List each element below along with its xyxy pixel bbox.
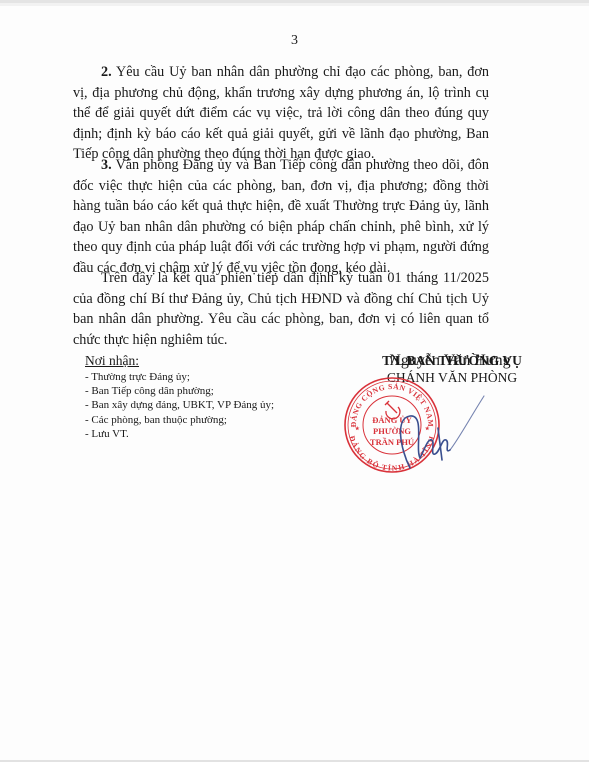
paragraph-conclusion: Trên đây là kết quả phiên tiếp dân định … <box>73 268 489 350</box>
recipients-heading: Nơi nhận: <box>85 352 345 369</box>
paragraph-text: Văn phòng Đảng ủy và Ban Tiếp công dân p… <box>73 157 489 276</box>
page-number: 3 <box>0 33 589 49</box>
paragraph-number: 2. <box>101 64 112 80</box>
recipient-item: - Lưu VT. <box>85 427 345 441</box>
paragraph-item-3: 3. Văn phòng Đảng ủy và Ban Tiếp công dâ… <box>73 155 489 279</box>
handwritten-signature-icon <box>380 388 490 478</box>
paragraph-text: Trên đây là kết quả phiên tiếp dân định … <box>73 270 489 348</box>
paragraph-text: Yêu cầu Uỷ ban nhân dân phường chỉ đạo c… <box>73 64 489 162</box>
recipient-item: - Thường trực Đảng ủy; <box>85 370 345 384</box>
svg-text:★: ★ <box>355 426 360 432</box>
paragraph-number: 3. <box>101 157 112 173</box>
top-edge-shade <box>0 3 589 6</box>
signer-name: Nguyễn Văn Hưng <box>360 352 540 370</box>
paragraph-item-2: 2. Yêu cầu Uỷ ban nhân dân phường chỉ đạ… <box>73 62 489 165</box>
recipient-item: - Ban xây dựng đảng, UBKT, VP Đảng ủy; <box>85 398 345 412</box>
recipient-item: - Ban Tiếp công dân phường; <box>85 384 345 398</box>
recipients-block: Nơi nhận: - Thường trực Đảng ủy; - Ban T… <box>85 352 345 441</box>
recipient-item: - Các phòng, ban thuộc phường; <box>85 413 345 427</box>
